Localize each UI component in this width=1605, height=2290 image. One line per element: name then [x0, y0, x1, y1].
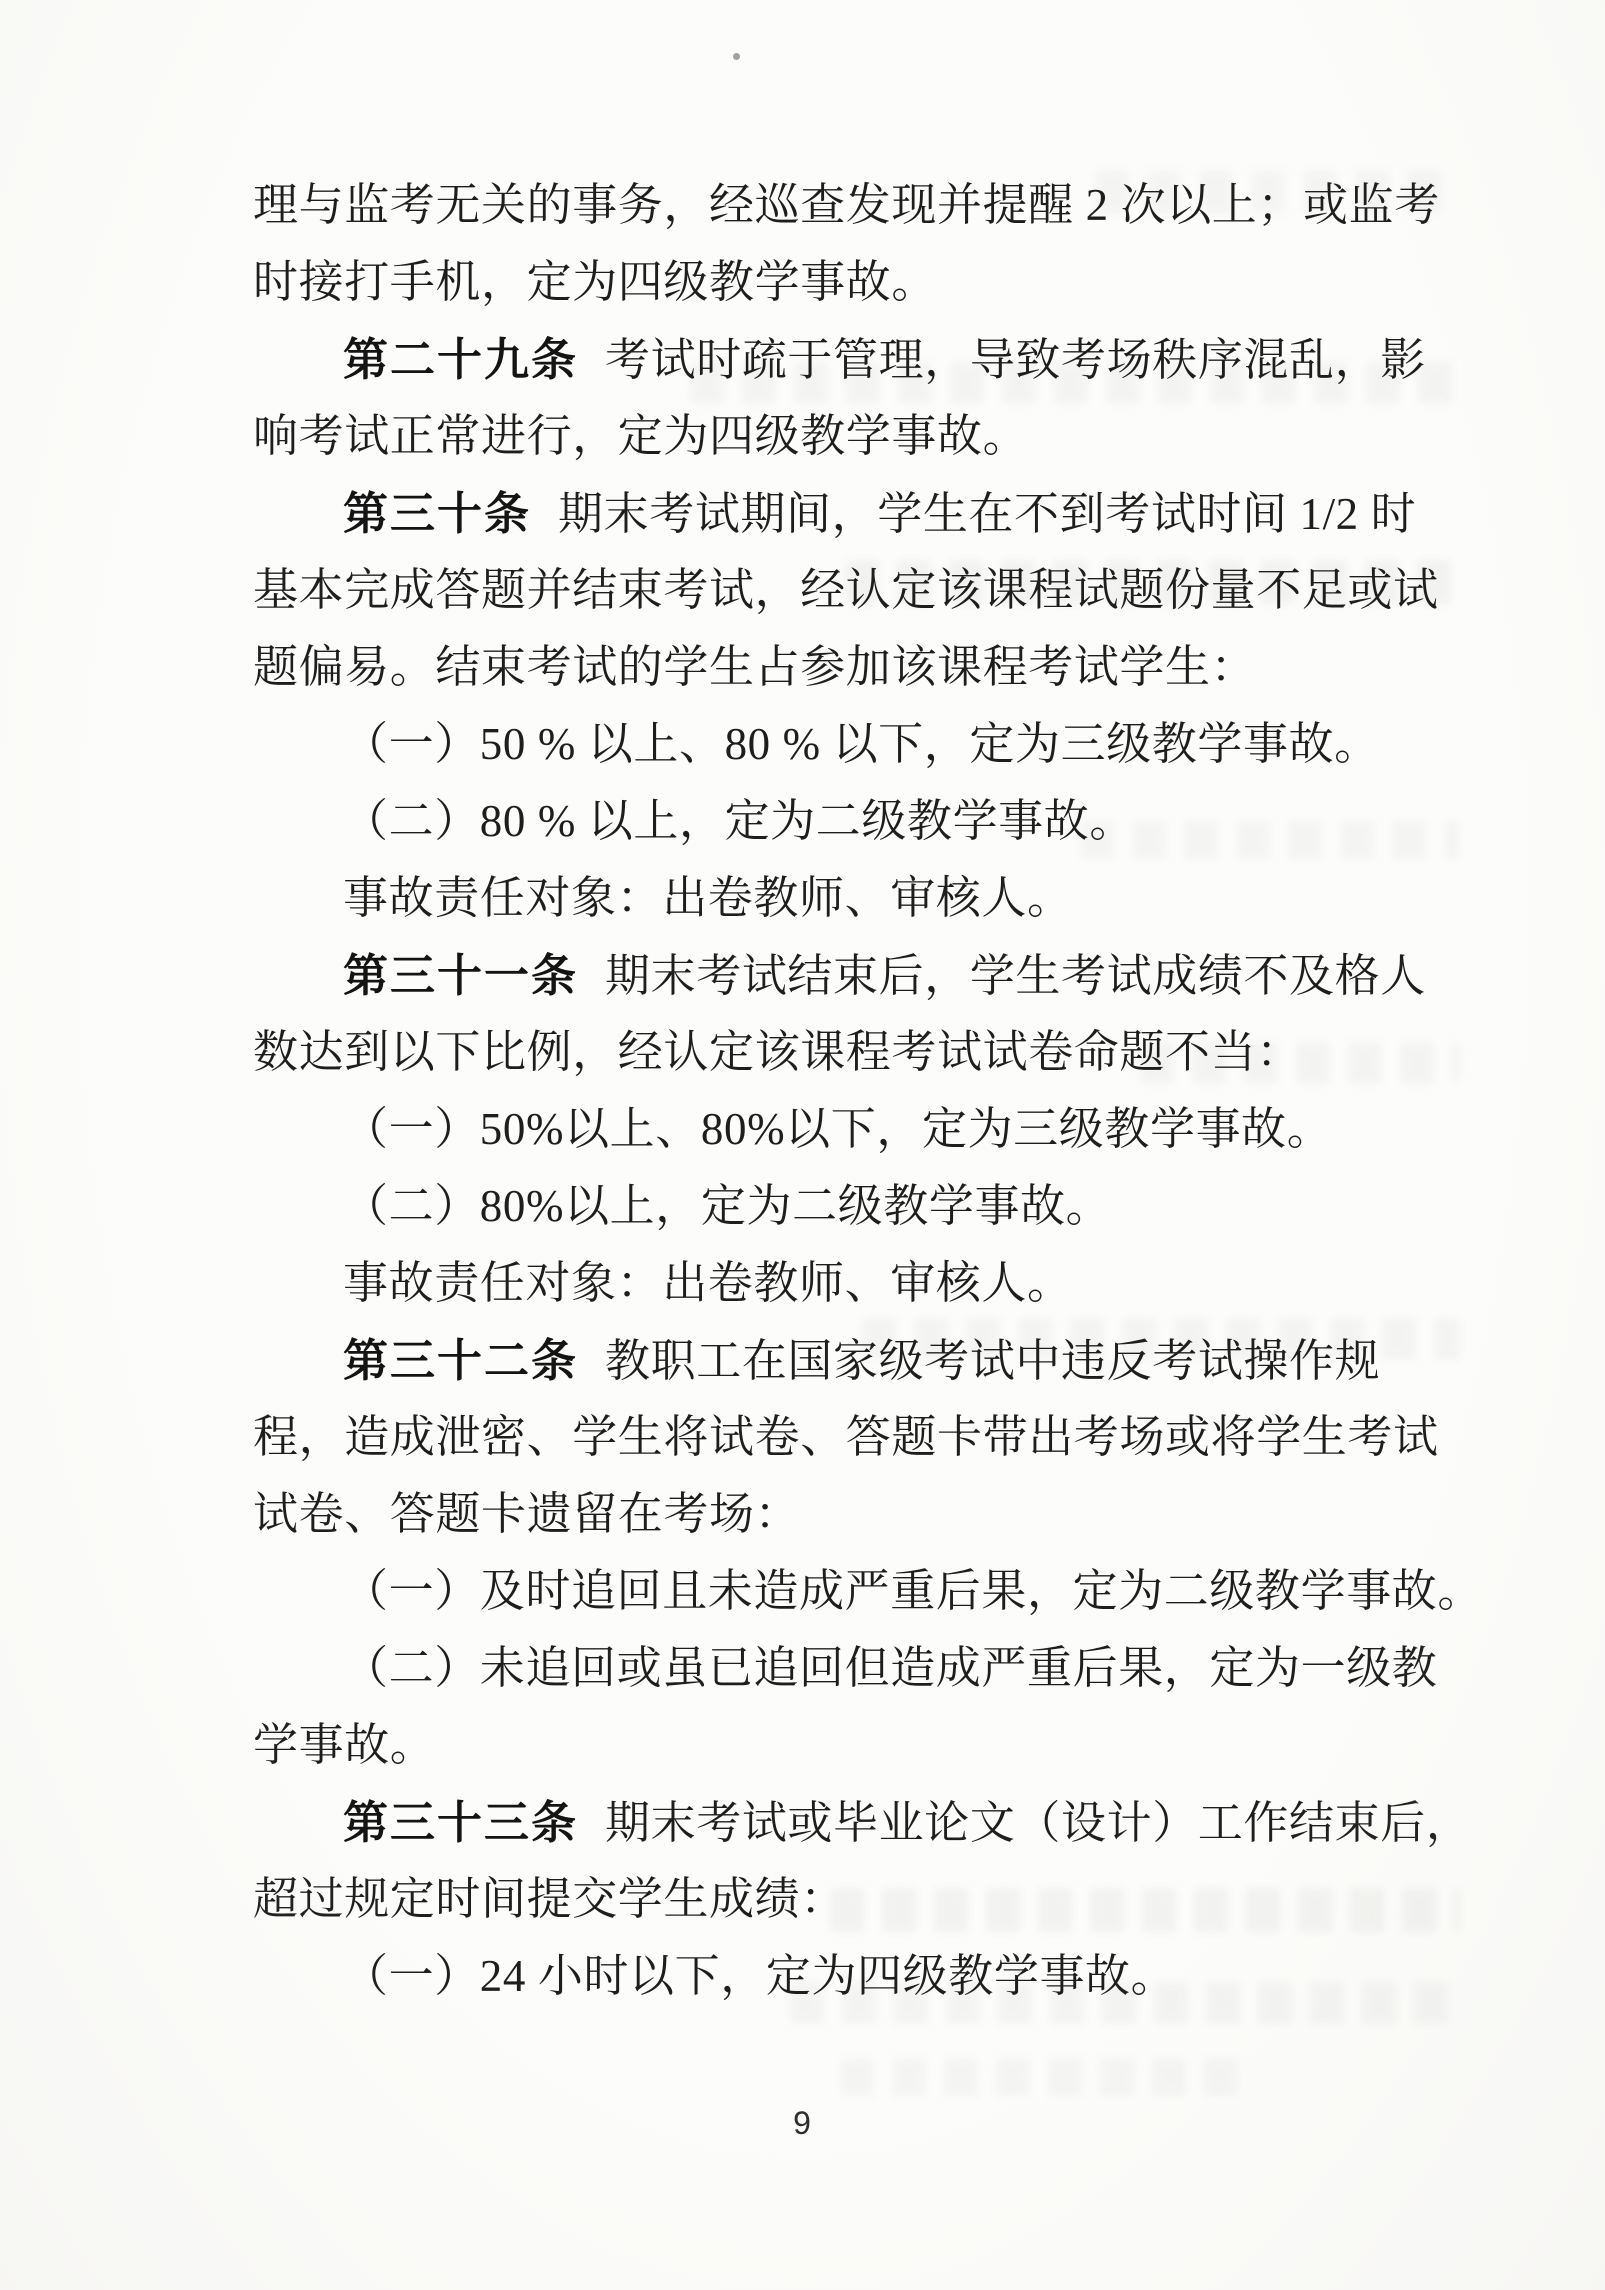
- text-line: （二）未追回或虽已追回但造成严重后果，定为一级教: [253, 1630, 1463, 1707]
- text-line: （一）及时追回且未造成严重后果，定为二级教学事故。: [253, 1553, 1463, 1630]
- line-text: 题偏易。结束考试的学生占参加该课程考试学生：: [253, 642, 1256, 692]
- text-line: 程，造成泄密、学生将试卷、答题卡带出考场或将学生考试: [253, 1399, 1463, 1476]
- line-text: （一）及时追回且未造成严重后果，定为二级教学事故。: [343, 1566, 1483, 1616]
- article-number: 第三十一条: [343, 950, 578, 1001]
- line-text: 教职工在国家级考试中违反考试操作规: [605, 1336, 1380, 1386]
- line-text: 理与监考无关的事务，经巡查发现并提醒 2 次以上；或监考: [253, 180, 1440, 230]
- line-text: （二）未追回或虽已追回但造成严重后果，定为一级教: [343, 1643, 1437, 1693]
- line-text: 期末考试期间，学生在不到考试时间 1/2 时: [558, 489, 1416, 539]
- text-line: 试卷、答题卡遗留在考场：: [253, 1476, 1463, 1553]
- line-text: 期末考试或毕业论文（设计）工作结束后，: [605, 1798, 1471, 1848]
- line-text: 时接打手机，定为四级教学事故。: [253, 257, 937, 307]
- line-text: 事故责任对象：出卷教师、审核人。: [343, 1258, 1073, 1308]
- text-line: 第三十二条教职工在国家级考试中违反考试操作规: [253, 1322, 1463, 1399]
- text-line: （二）80 % 以上，定为二级教学事故。: [253, 783, 1463, 860]
- document-body: 理与监考无关的事务，经巡查发现并提醒 2 次以上；或监考时接打手机，定为四级教学…: [253, 167, 1463, 2015]
- text-line: （一）50%以上、80%以下，定为三级教学事故。: [253, 1091, 1463, 1168]
- article-number: 第二十九条: [343, 334, 578, 385]
- text-line: （一）50 % 以上、80 % 以下，定为三级教学事故。: [253, 706, 1463, 783]
- text-line: 理与监考无关的事务，经巡查发现并提醒 2 次以上；或监考: [253, 167, 1463, 244]
- line-text: （二）80%以上，定为二级教学事故。: [343, 1181, 1111, 1231]
- scan-speck-artifact: [733, 53, 740, 60]
- text-line: 学事故。: [253, 1707, 1463, 1784]
- text-line: 题偏易。结束考试的学生占参加该课程考试学生：: [253, 629, 1463, 706]
- text-line: 第三十条期末考试期间，学生在不到考试时间 1/2 时: [253, 475, 1463, 552]
- text-line: 基本完成答题并结束考试，经认定该课程试题份量不足或试: [253, 552, 1463, 629]
- line-text: （一）50%以上、80%以下，定为三级教学事故。: [343, 1104, 1332, 1154]
- text-line: 超过规定时间提交学生成绩：: [253, 1861, 1463, 1938]
- text-line: 响考试正常进行，定为四级教学事故。: [253, 398, 1463, 475]
- line-text: 学事故。: [253, 1720, 435, 1770]
- text-line: 时接打手机，定为四级教学事故。: [253, 244, 1463, 321]
- line-text: 超过规定时间提交学生成绩：: [253, 1874, 846, 1924]
- article-number: 第三十条: [343, 488, 531, 539]
- line-text: （一）50 % 以上、80 % 以下，定为三级教学事故。: [343, 719, 1380, 769]
- line-text: （一）24 小时以下，定为四级教学事故。: [343, 1951, 1176, 2001]
- line-text: 基本完成答题并结束考试，经认定该课程试题份量不足或试: [253, 565, 1439, 615]
- line-text: 程，造成泄密、学生将试卷、答题卡带出考场或将学生考试: [253, 1412, 1439, 1462]
- bleed-through-artifact: [840, 2058, 1240, 2096]
- article-number: 第三十三条: [343, 1797, 578, 1848]
- text-line: （一）24 小时以下，定为四级教学事故。: [253, 1938, 1463, 2015]
- line-text: 考试时疏于管理，导致考场秩序混乱，影: [605, 335, 1426, 385]
- text-line: （二）80%以上，定为二级教学事故。: [253, 1168, 1463, 1245]
- line-text: 事故责任对象：出卷教师、审核人。: [343, 873, 1073, 923]
- document-page: 理与监考无关的事务，经巡查发现并提醒 2 次以上；或监考时接打手机，定为四级教学…: [0, 0, 1605, 2290]
- line-text: 数达到以下比例，经认定该课程考试试卷命题不当：: [253, 1027, 1302, 1077]
- text-line: 第二十九条考试时疏于管理，导致考场秩序混乱，影: [253, 321, 1463, 398]
- text-line: 事故责任对象：出卷教师、审核人。: [253, 860, 1463, 937]
- text-line: 第三十一条期末考试结束后，学生考试成绩不及格人: [253, 937, 1463, 1014]
- line-text: 试卷、答题卡遗留在考场：: [253, 1489, 800, 1539]
- line-text: （二）80 % 以上，定为二级教学事故。: [343, 796, 1135, 846]
- page-number: 9: [0, 2103, 1605, 2143]
- line-text: 响考试正常进行，定为四级教学事故。: [253, 411, 1028, 461]
- text-line: 第三十三条期末考试或毕业论文（设计）工作结束后，: [253, 1784, 1463, 1861]
- text-line: 事故责任对象：出卷教师、审核人。: [253, 1245, 1463, 1322]
- article-number: 第三十二条: [343, 1335, 578, 1386]
- text-line: 数达到以下比例，经认定该课程考试试卷命题不当：: [253, 1014, 1463, 1091]
- line-text: 期末考试结束后，学生考试成绩不及格人: [605, 951, 1426, 1001]
